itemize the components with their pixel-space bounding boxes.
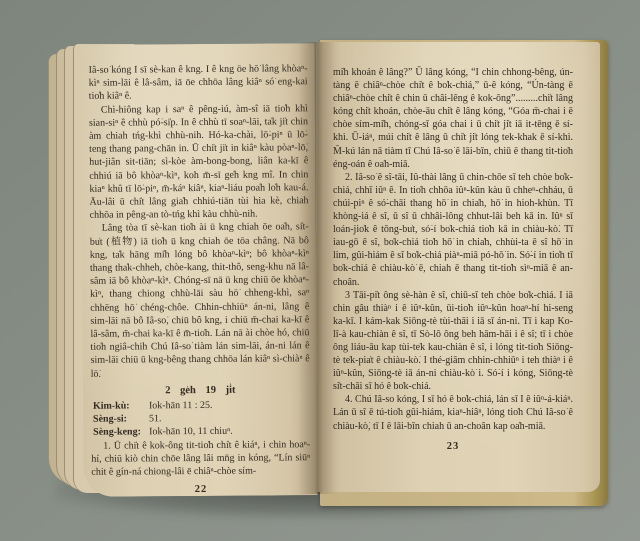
paragraph-numbered-2: 2. Iâ-so͘ ê sî-tāi, Iû-thài lâng ū chin-… <box>333 171 573 289</box>
page-number-right: 23 <box>333 440 573 453</box>
right-page-text-block: mi̍h khoán ê lâng?” Ū lâng kóng, “I chin… <box>333 66 573 453</box>
entry-label: Sèng-keng: <box>93 426 145 440</box>
paragraph-numbered-4: 4. Chú Iâ-so kóng, I sī hó ê bo̍k-chiá, … <box>333 393 573 432</box>
left-page-text-block: Iâ-so͘ kóng I sī sè-kan ê kng. I ê kng ō… <box>89 62 311 497</box>
entry-label: Kim-kù: <box>93 399 145 413</box>
paragraph-story: Chì-hiông kap i saⁿ ê pêng-iú, àm-sî iā … <box>89 102 309 222</box>
book-photo-scene: Iâ-so͘ kóng I sī sè-kan ê kng. I ê kng ō… <box>0 0 640 541</box>
paragraph-continuation: mi̍h khoán ê lâng?” Ū lâng kóng, “I chin… <box>333 66 573 171</box>
entry-label: Sèng-si: <box>93 413 145 427</box>
paragraph-lesson: Lâng tòa tī sè-kan tio̍h ài ū kng chiah … <box>90 221 310 381</box>
left-page: Iâ-so͘ kóng I sī sè-kan ê kng. I ê kng ō… <box>80 43 317 497</box>
right-page: mi̍h khoán ê lâng?” Ū lâng kóng, “I chin… <box>316 42 600 492</box>
paragraph-continuation: Iâ-so͘ kóng I sī sè-kan ê kng. I ê kng ō… <box>89 62 308 103</box>
entry-value: Iok-hān 10, 11 chiuⁿ. <box>149 426 233 438</box>
section-heading-date: 2 ge̍h 19 ji̍t <box>91 383 310 398</box>
paragraph-numbered-3: 3 Tāi-pi̍t ông sè-hàn ê sî, chiū-sī teh … <box>333 289 573 394</box>
paragraph-numbered-1: 1. Ū chi̍t ê kok-ông tit-tio̍h chi̍t ê k… <box>91 438 310 479</box>
page-number-left: 22 <box>91 483 310 498</box>
entry-value: 51. <box>149 414 162 425</box>
entry-value: Iok-hān 11 : 25. <box>149 400 213 411</box>
